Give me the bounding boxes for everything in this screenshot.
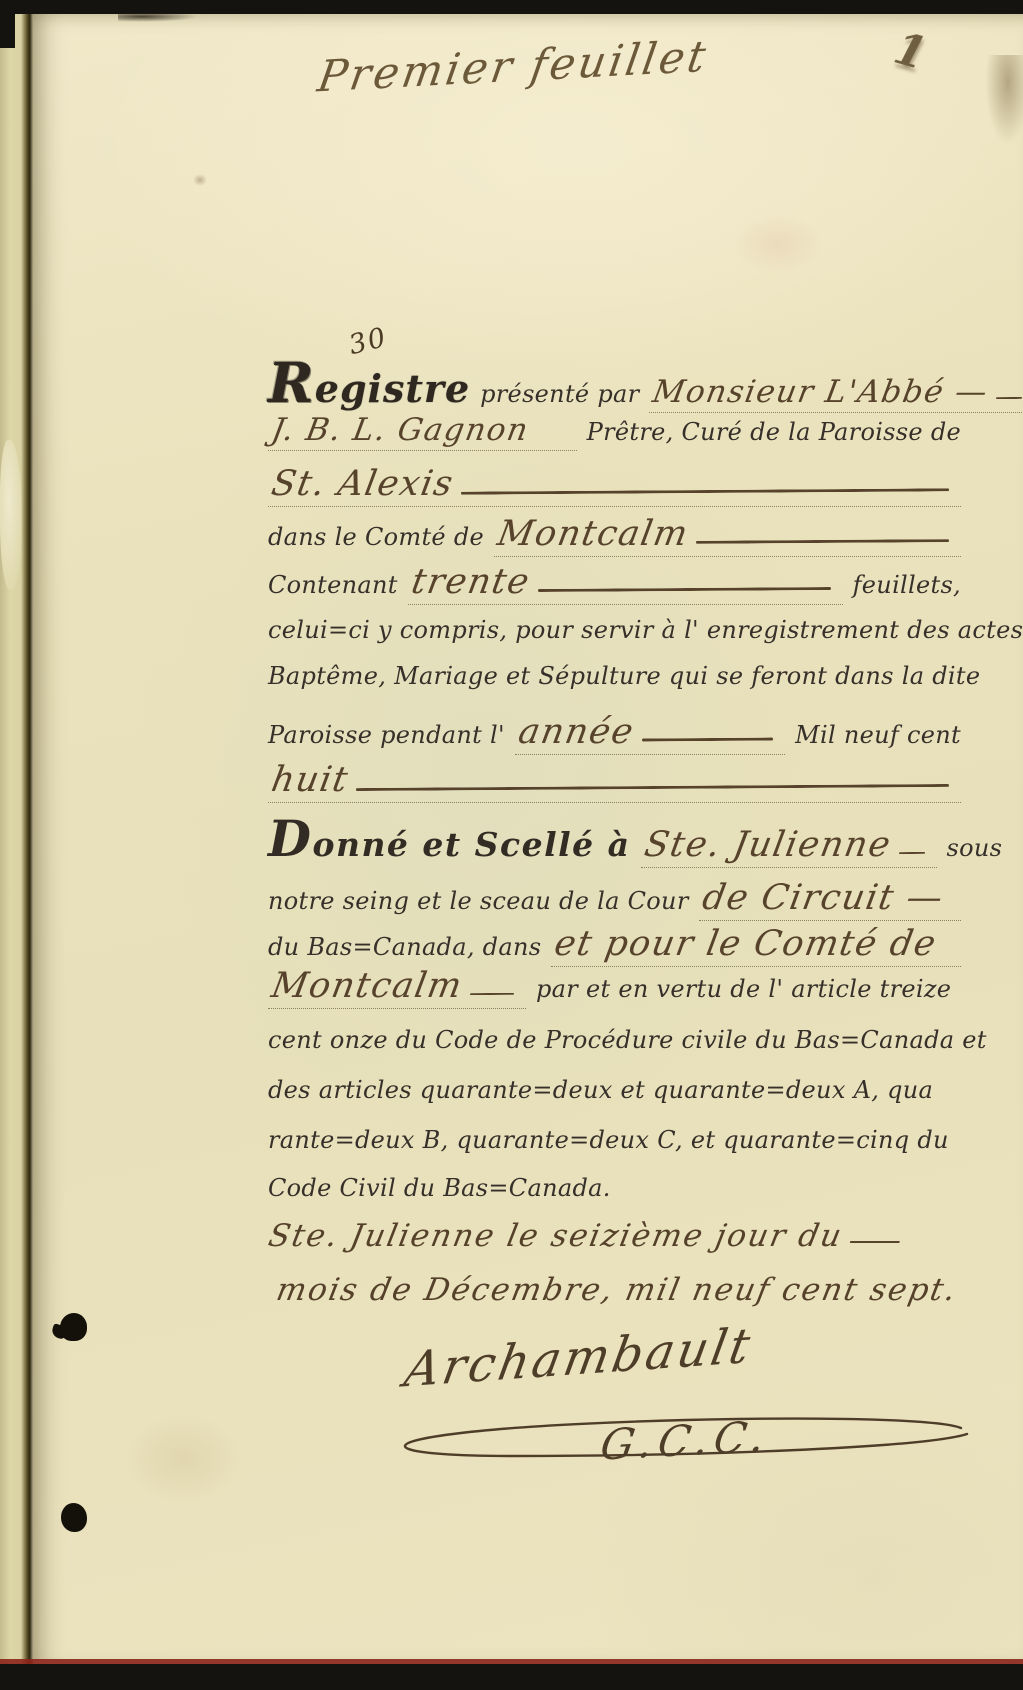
scan-bottom-border — [0, 1664, 1023, 1690]
printed-text: Baptême, Mariage et Sépulture qui se fer… — [268, 662, 980, 690]
form-line-8: Paroisse pendant l' année Mil neuf cent — [268, 712, 961, 755]
printed-text: Prêtre, Curé de la Paroisse de — [587, 418, 961, 446]
printed-text: présenté par — [480, 380, 639, 408]
printed-text: Mil neuf cent — [795, 721, 961, 749]
form-line-11: notre seing et le sceau de la Cour de Ci… — [268, 878, 961, 921]
scan-smudge — [118, 13, 198, 22]
handwritten-dash — [642, 738, 773, 742]
entry-field: huit — [268, 760, 961, 803]
form-line-4: dans le Comté de Montcalm — [268, 514, 961, 557]
handwritten-text: Ste. Julienne — [641, 825, 894, 865]
ink-blot — [61, 1503, 87, 1532]
printed-text: cent onze du Code de Procédure civile du… — [268, 1026, 987, 1054]
form-line-10: Donné et Scellé à Ste. Julienne sous — [268, 810, 961, 868]
printed-text: Code Civil du Bas=Canada. — [268, 1174, 611, 1202]
handwritten-text: trente — [408, 562, 533, 602]
handwritten-dash — [470, 993, 514, 995]
form-line-3: St. Alexis — [268, 464, 961, 507]
printed-text: Donné et Scellé à — [268, 810, 631, 868]
register-page: Premier feuillet 1 30 Registre présenté … — [33, 14, 1023, 1660]
entry-field: J. B. L. Gagnon — [268, 412, 577, 451]
form-line-16: rante=deux B, quarante=deux C, et quaran… — [268, 1126, 961, 1154]
printed-text: celui=ci y compris, pour servir à l' enr… — [268, 616, 1023, 644]
entry-field: de Circuit — — [699, 878, 961, 921]
printed-text: notre seing et le sceau de la Cour — [268, 887, 689, 915]
handwritten-text: Montcalm — [494, 514, 691, 554]
handwritten-text: et pour le Comté de — [552, 924, 940, 964]
printed-text: rante=deux B, quarante=deux C, et quaran… — [268, 1126, 949, 1154]
printed-text: des articles quarante=deux et quarante=d… — [268, 1076, 933, 1104]
handwritten-dash — [356, 784, 949, 791]
form-line-5: Contenant trente feuillets, — [268, 562, 961, 605]
entry-field: année — [515, 712, 785, 755]
form-line-17: Code Civil du Bas=Canada. — [268, 1174, 961, 1202]
entry-field: Montcalm — [268, 966, 526, 1009]
printed-text: sous — [947, 834, 1003, 862]
handwritten-dash — [898, 852, 924, 854]
printed-text: du Bas=Canada, dans — [268, 933, 541, 961]
closing-place-date-1: Ste. Julienne le seizième jour du — [266, 1218, 913, 1254]
ink-blot — [60, 1313, 87, 1341]
printed-text: dans le Comté de — [268, 523, 484, 551]
register-title: Registre — [268, 350, 470, 415]
handwritten-dash — [996, 397, 1022, 399]
clerk-signature: Archambault — [400, 1317, 757, 1398]
scanned-register-page: Premier feuillet 1 30 Registre présenté … — [0, 0, 1023, 1690]
handwritten-dash — [696, 539, 949, 544]
scan-smudge — [985, 55, 1023, 145]
folio-annotation: Premier feuillet — [314, 32, 712, 103]
handwritten-text: Monsieur L'Abbé — — [650, 374, 991, 410]
handwritten-text: Ste. Julienne le seizième jour du — [266, 1218, 847, 1254]
handwritten-dash — [849, 1241, 900, 1243]
printed-text: Contenant — [268, 571, 398, 599]
paper-stain — [193, 174, 207, 186]
form-line-15: des articles quarante=deux et quarante=d… — [268, 1076, 961, 1104]
scan-top-border — [0, 0, 1023, 14]
closing-place-date-2: mois de Décembre, mil neuf cent sept. — [274, 1272, 961, 1308]
form-line-14: cent onze du Code de Procédure civile du… — [268, 1026, 961, 1054]
entry-field: St. Alexis — [268, 464, 961, 507]
form-line-9: huit — [268, 760, 961, 803]
printed-text: Paroisse pendant l' — [268, 721, 505, 749]
handwritten-text: huit — [268, 760, 351, 800]
handwritten-dash — [538, 587, 831, 592]
handwritten-text: mois de Décembre, mil neuf cent sept. — [274, 1272, 961, 1308]
printed-text: feuillets, — [853, 571, 961, 599]
handwritten-dash — [461, 488, 949, 494]
handwritten-text: année — [515, 712, 637, 752]
entry-field: trente — [408, 562, 843, 605]
handwritten-text: J. B. L. Gagnon — [269, 412, 532, 448]
scan-corner — [0, 0, 15, 48]
paper-stain — [733, 214, 823, 274]
handwritten-text: Montcalm — [268, 966, 465, 1006]
entry-field: Monsieur L'Abbé — — [649, 374, 1023, 413]
entry-field: et pour le Comté de — [551, 924, 961, 967]
handwritten-text: St. Alexis — [268, 464, 456, 504]
form-line-2: J. B. L. Gagnon Prêtre, Curé de la Paroi… — [268, 412, 961, 451]
torn-paper-edge — [0, 440, 22, 590]
handwritten-text: de Circuit — — [699, 878, 947, 918]
form-line-6: celui=ci y compris, pour servir à l' enr… — [268, 616, 961, 644]
page-number: 1 — [889, 23, 932, 80]
form-line-7: Baptême, Mariage et Sépulture qui se fer… — [268, 662, 961, 690]
form-line-12: du Bas=Canada, dans et pour le Comté de — [268, 924, 961, 967]
clerk-initials: G.C.C. — [597, 1411, 774, 1469]
form-line-1: Registre présenté par Monsieur L'Abbé — — [268, 350, 961, 415]
paper-stain — [123, 1414, 243, 1504]
entry-field: Ste. Julienne — [641, 825, 937, 868]
entry-field: Montcalm — [494, 514, 961, 557]
form-line-13: Montcalm par et en vertu de l' article t… — [268, 966, 961, 1009]
printed-text: par et en vertu de l' article treize — [536, 975, 951, 1003]
